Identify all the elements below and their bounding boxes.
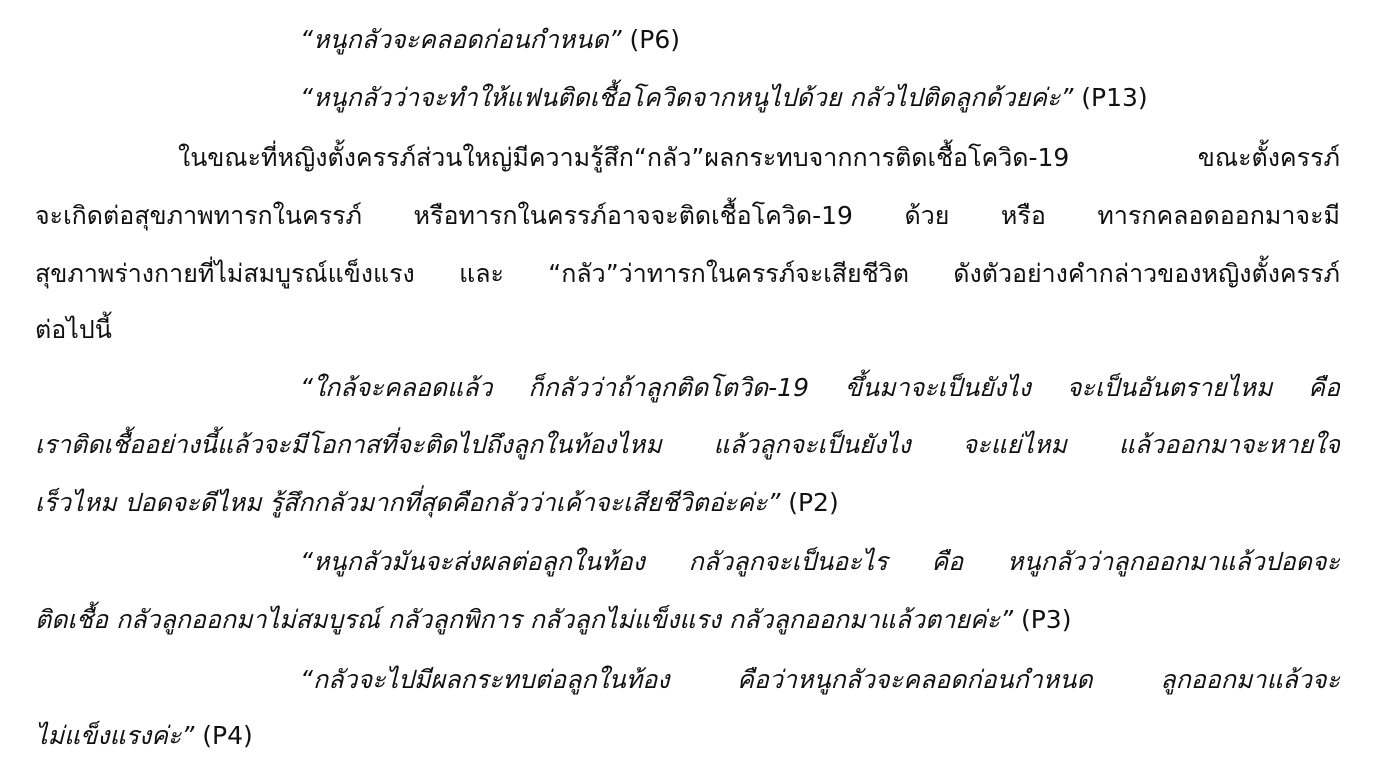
quote-p4-line-1: “กลัวจะไปมีผลกระทบต่อลูกในท้อง คือว่าหนู… — [300, 660, 1340, 700]
paragraph-line-3: สุขภาพร่างกายที่ไม่สมบูรณ์แข็งแรง และ “ก… — [35, 254, 1340, 294]
quote-p4-last-text: ไม่แข็งแรงค่ะ” — [35, 721, 194, 750]
quote-p3-ref: (P3) — [1013, 605, 1071, 634]
quote-p4-line-2: ไม่แข็งแรงค่ะ” (P4) — [35, 716, 253, 756]
quote-p6: “หนูกลัวจะคลอดก่อนกำหนด” (P6) — [300, 20, 680, 60]
quote-p3-last-text: ติดเชื้อ กลัวลูกออกมาไม่สมบูรณ์ กลัวลูกพ… — [35, 605, 1013, 634]
paragraph-line-1: ในขณะที่หญิงตั้งครรภ์ส่วนใหญ่มีความรู้สึ… — [178, 138, 1340, 178]
quote-p2-last-text: เร็วไหม ปอดจะดีไหม รู้สึกกลัวมากที่สุดคื… — [35, 488, 780, 517]
quote-p6-ref: (P6) — [622, 25, 680, 54]
paragraph-line-2: จะเกิดต่อสุขภาพทารกในครรภ์ หรือทารกในครร… — [35, 196, 1340, 236]
quote-p4-ref: (P4) — [194, 721, 252, 750]
quote-p13: “หนูกลัวว่าจะทำให้แฟนติดเชื้อโควิดจากหนู… — [300, 78, 1148, 118]
quote-p3-line-1: “หนูกลัวมันจะส่งผลต่อลูกในท้อง กลัวลูกจะ… — [300, 542, 1340, 582]
document-page: “หนูกลัวจะคลอดก่อนกำหนด” (P6) “หนูกลัวว่… — [0, 0, 1388, 765]
quote-p2-line-2: เราติดเชื้ออย่างนี้แล้วจะมีโอกาสที่จะติด… — [35, 425, 1340, 465]
quote-p2-ref: (P2) — [780, 488, 838, 517]
quote-p13-text: “หนูกลัวว่าจะทำให้แฟนติดเชื้อโควิดจากหนู… — [300, 83, 1073, 112]
quote-p2-line-1: “ใกล้จะคลอดแล้ว ก็กลัวว่าถ้าลูกติดโตวิด-… — [300, 368, 1340, 408]
quote-p2-line-3: เร็วไหม ปอดจะดีไหม รู้สึกกลัวมากที่สุดคื… — [35, 483, 839, 523]
paragraph-line-4: ต่อไปนี้ — [35, 310, 112, 350]
quote-p13-ref: (P13) — [1073, 83, 1147, 112]
quote-p6-text: “หนูกลัวจะคลอดก่อนกำหนด” — [300, 25, 622, 54]
quote-p3-line-2: ติดเชื้อ กลัวลูกออกมาไม่สมบูรณ์ กลัวลูกพ… — [35, 600, 1071, 640]
